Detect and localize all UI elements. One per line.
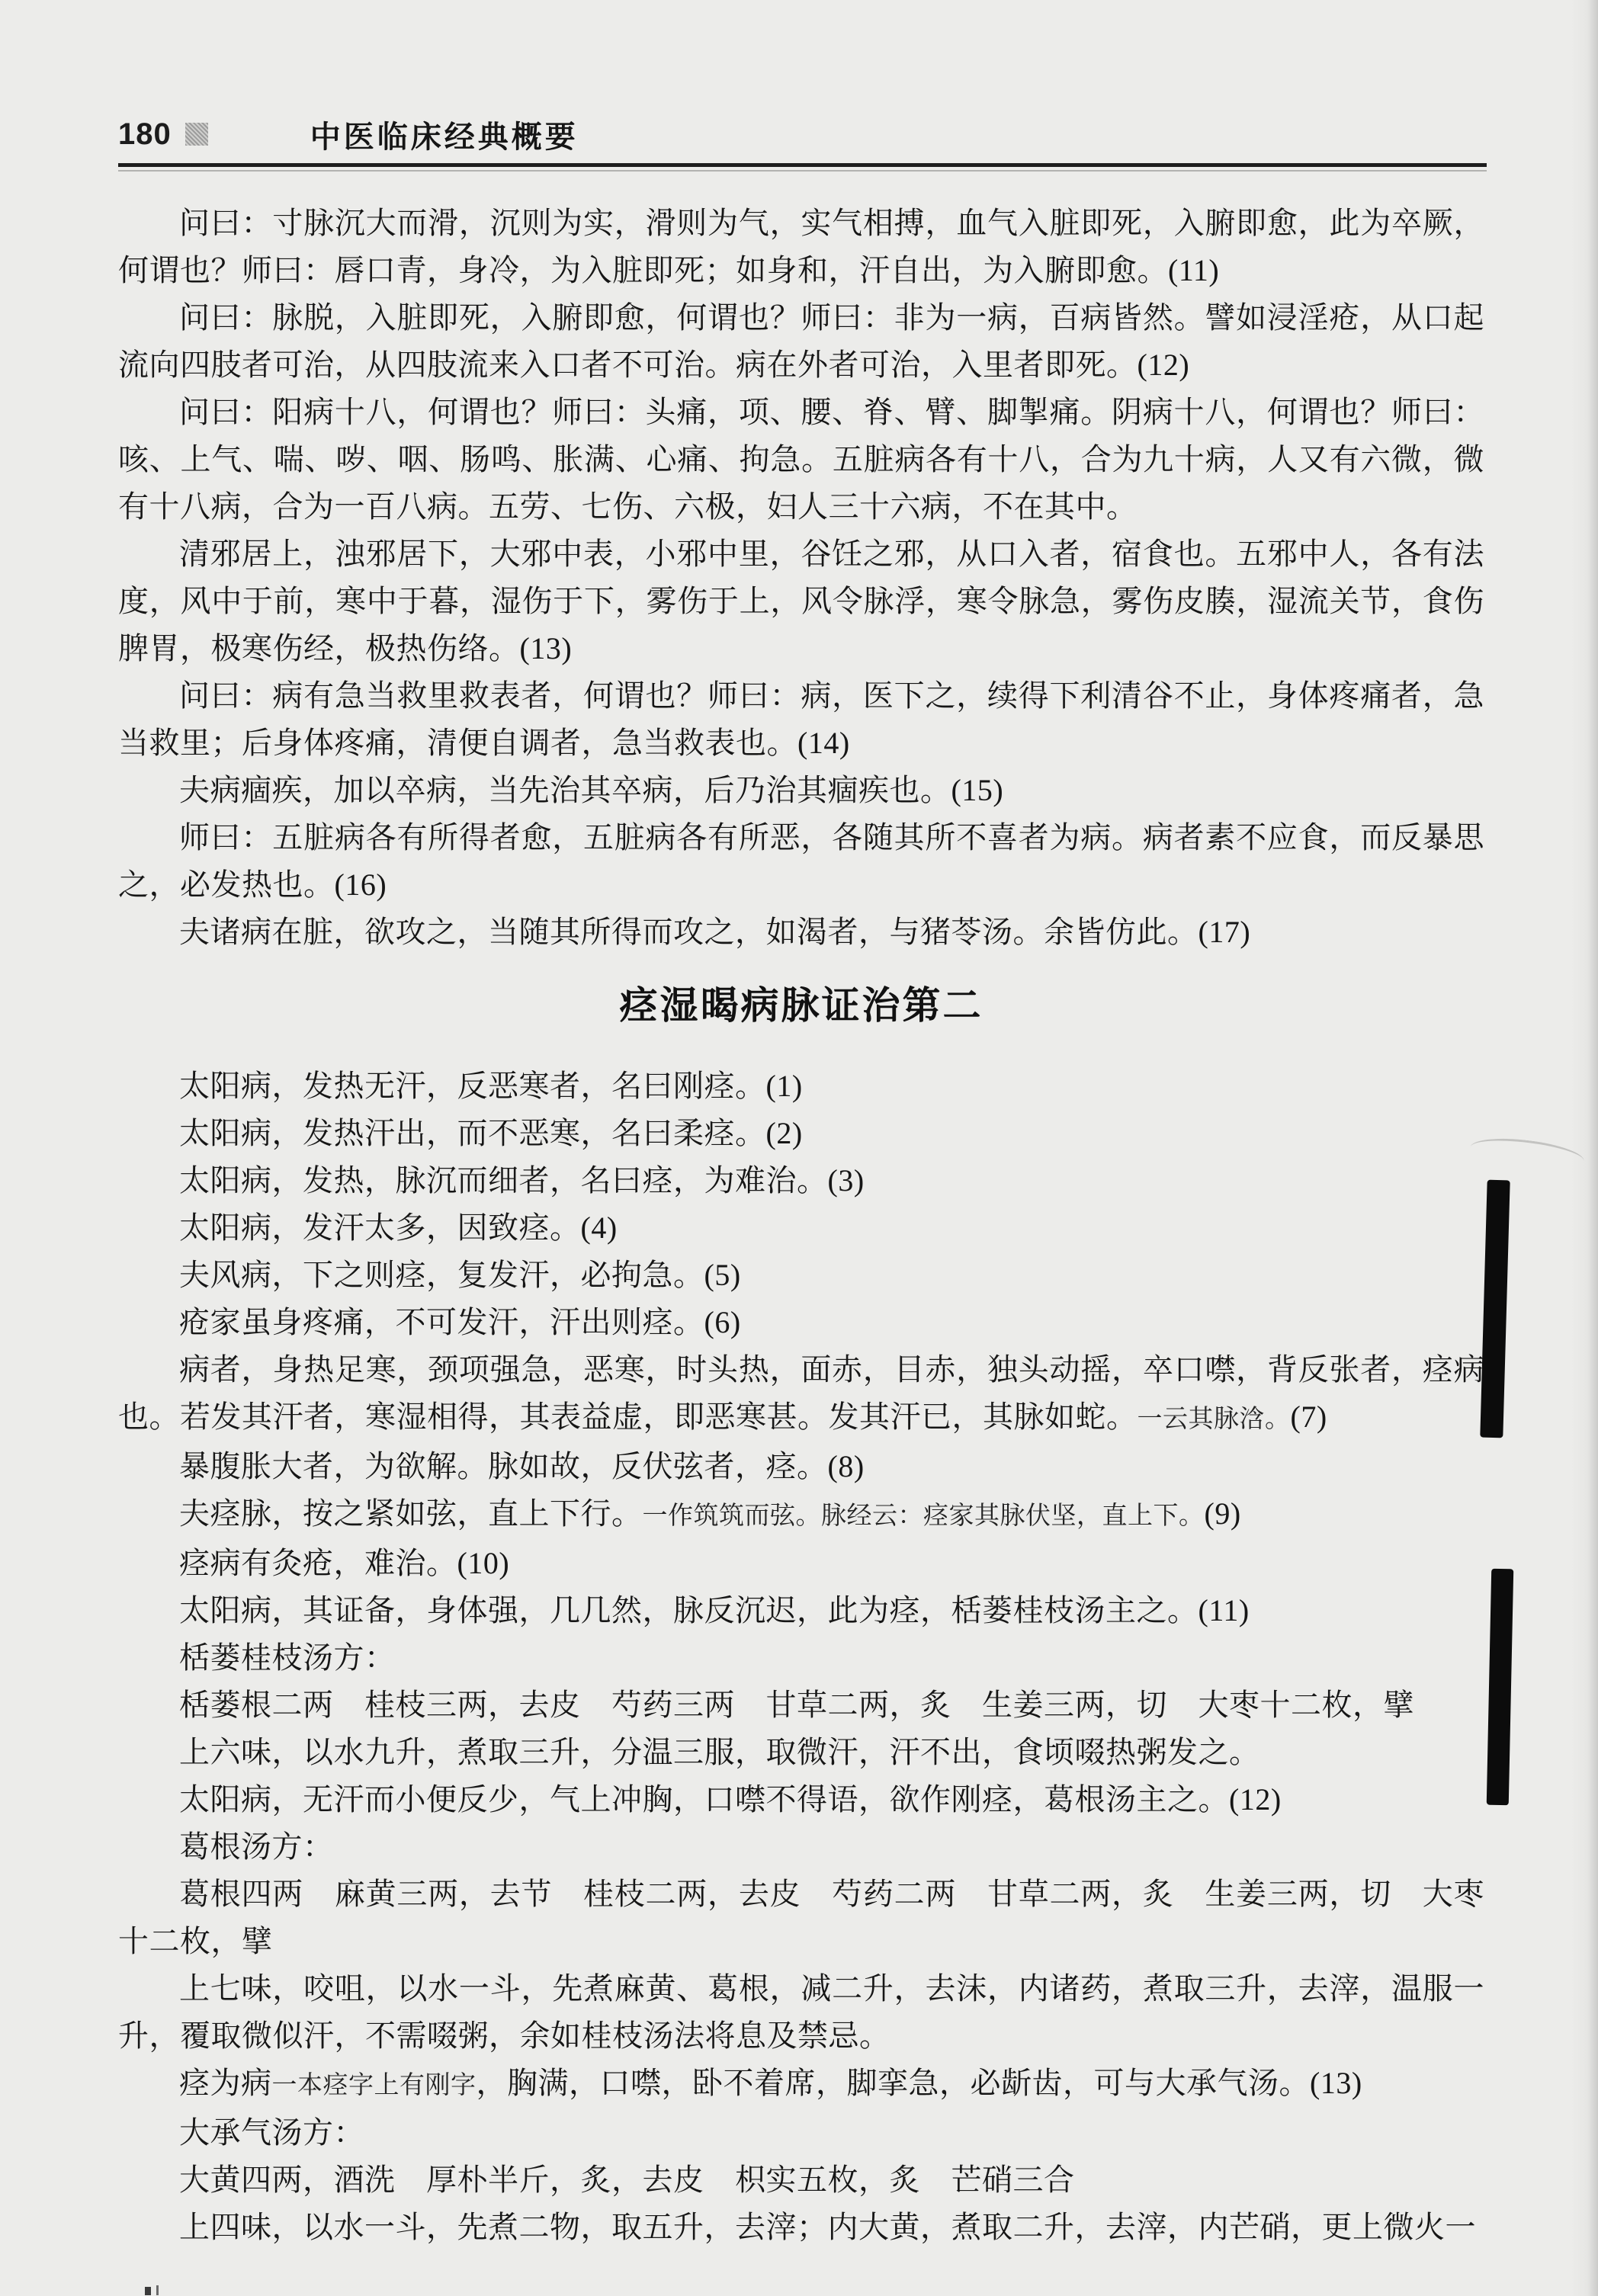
paragraph-text: 太阳病，发热汗出，而不恶寒，名曰柔痉。(2) xyxy=(179,1116,803,1150)
halftone-square-icon xyxy=(185,123,208,146)
paragraph-text: (7) xyxy=(1291,1400,1327,1434)
header-rule xyxy=(118,163,1487,167)
inline-annotation: 一作筑筑而弦。脉经云：痉家其脉伏坚，直上下。 xyxy=(643,1502,1205,1530)
paragraph-text: 太阳病，发热无汗，反恶寒者，名曰刚痉。(1) xyxy=(179,1069,803,1103)
section-chapter-two: 太阳病，发热无汗，反恶寒者，名曰刚痉。(1)太阳病，发热汗出，而不恶寒，名曰柔痉… xyxy=(118,1063,1484,2251)
paragraph: 上四味，以水一斗，先煮二物，取五升，去滓；内大黄，煮取二升，去滓，内芒硝，更上微… xyxy=(118,2204,1484,2251)
inline-annotation: 一云其脉浛。 xyxy=(1138,1406,1291,1433)
paragraph: 夫诸病在脏，欲攻之，当随其所得而攻之，如渴者，与猪苓汤。余皆仿此。(17) xyxy=(118,909,1484,956)
page-header: 180 中医临床经典概要 xyxy=(118,114,1487,172)
paragraph-text: 痉为病 xyxy=(179,2066,272,2100)
paragraph: 夫痉脉，按之紧如弦，直上下行。一作筑筑而弦。脉经云：痉家其脉伏坚，直上下。(9) xyxy=(118,1490,1484,1540)
page-edge-shadow xyxy=(1587,0,1598,2296)
scan-ink-bar-artifact xyxy=(1487,1569,1513,1806)
paragraph-text: 上六味，以水九升，煮取三升，分温三服，取微汗，汗不出，食顷啜热粥发之。 xyxy=(179,1735,1260,1769)
scan-ink-bar-artifact xyxy=(1480,1180,1510,1438)
scan-hairline-artifact xyxy=(1468,1134,1585,1175)
paragraph: 问曰：病有急当救里救表者，何谓也？师曰：病，医下之，续得下利清谷不止，身体疼痛者… xyxy=(118,672,1484,767)
paragraph-text: 上四味，以水一斗，先煮二物，取五升，去滓；内大黄，煮取二升，去滓，内芒硝，更上微… xyxy=(179,2210,1476,2244)
paragraph: 上六味，以水九升，煮取三升，分温三服，取微汗，汗不出，食顷啜热粥发之。 xyxy=(118,1729,1484,1776)
paragraph: 大承气汤方： xyxy=(118,2109,1484,2157)
paragraph: 痉为病一本痉字上有刚字，胸满，口噤，卧不着席，脚挛急，必龂齿，可与大承气汤。(1… xyxy=(118,2060,1484,2109)
paragraph-text: 痉病有灸疮，难治。(10) xyxy=(179,1546,509,1580)
paragraph-text: 问曰：脉脱，入脏即死，入腑即愈，何谓也？师曰：非为一病，百病皆然。譬如浸淫疮，从… xyxy=(118,300,1484,382)
paragraph-text: 上七味，咬咀，以水一斗，先煮麻黄、葛根，减二升，去沫，内诸药，煮取三升，去滓，温… xyxy=(118,1971,1484,2053)
paragraph: 太阳病，其证备，身体强，几几然，脉反沉迟，此为痉，栝蒌桂枝汤主之。(11) xyxy=(118,1587,1484,1634)
paragraph: 问曰：脉脱，入脏即死，入腑即愈，何谓也？师曰：非为一病，百病皆然。譬如浸淫疮，从… xyxy=(118,294,1484,389)
paragraph-text: 太阳病，发汗太多，因致痉。(4) xyxy=(179,1211,618,1245)
paragraph-text: 葛根四两 麻黄三两，去节 桂枝二两，去皮 芍药二两 甘草二两，炙 生姜三两，切 … xyxy=(118,1877,1484,1958)
paragraph: 葛根四两 麻黄三两，去节 桂枝二两，去皮 芍药二两 甘草二两，炙 生姜三两，切 … xyxy=(118,1871,1484,1965)
paragraph-text: 问曰：阳病十八，何谓也？师曰：头痛，项、腰、脊、臂、脚掣痛。阴病十八，何谓也？师… xyxy=(118,395,1484,524)
paragraph-text: 夫诸病在脏，欲攻之，当随其所得而攻之，如渴者，与猪苓汤。余皆仿此。(17) xyxy=(179,915,1250,949)
paragraph: 暴腹胀大者，为欲解。脉如故，反伏弦者，痉。(8) xyxy=(118,1443,1484,1490)
paragraph: 疮家虽身疼痛，不可发汗，汗出则痉。(6) xyxy=(118,1299,1484,1346)
paragraph-text: 太阳病，发热，脉沉而细者，名曰痉，为难治。(3) xyxy=(179,1163,865,1198)
paragraph-text: 夫风病，下之则痉，复发汗，必拘急。(5) xyxy=(179,1258,741,1292)
book-title: 中医临床经典概要 xyxy=(310,113,579,156)
paragraph: 问曰：寸脉沉大而滑，沉则为实，滑则为气，实气相搏，血气入脏即死，入腑即愈，此为卒… xyxy=(118,200,1484,294)
paragraph-text: 夫痉脉，按之紧如弦，直上下行。 xyxy=(179,1496,643,1531)
page-content: 问曰：寸脉沉大而滑，沉则为实，滑则为气，实气相搏，血气入脏即死，入腑即愈，此为卒… xyxy=(118,200,1484,2251)
inline-annotation: 一本痉字上有刚字 xyxy=(272,2072,477,2099)
paragraph-text: 疮家虽身疼痛，不可发汗，汗出则痉。(6) xyxy=(179,1305,741,1339)
page-number: 180 xyxy=(118,117,172,152)
paragraph-text: 师曰：五脏病各有所得者愈，五脏病各有所恶，各随其所不喜者为病。病者素不应食，而反… xyxy=(118,820,1484,902)
paragraph: 痉病有灸疮，难治。(10) xyxy=(118,1540,1484,1587)
paragraph: 上七味，咬咀，以水一斗，先煮麻黄、葛根，减二升，去沫，内诸药，煮取三升，去滓，温… xyxy=(118,1965,1484,2060)
paragraph: 问曰：阳病十八，何谓也？师曰：头痛，项、腰、脊、臂、脚掣痛。阴病十八，何谓也？师… xyxy=(118,389,1484,531)
paragraph: 太阳病，发热汗出，而不恶寒，名曰柔痉。(2) xyxy=(118,1110,1484,1157)
book-page: 180 中医临床经典概要 问曰：寸脉沉大而滑，沉则为实，滑则为气，实气相搏，血气… xyxy=(0,0,1598,2296)
paragraph: 夫病痼疾，加以卒病，当先治其卒病，后乃治其痼疾也。(15) xyxy=(118,767,1484,814)
paragraph: 太阳病，发热无汗，反恶寒者，名曰刚痉。(1) xyxy=(118,1063,1484,1110)
paragraph-text: 问曰：寸脉沉大而滑，沉则为实，滑则为气，实气相搏，血气入脏即死，入腑即愈，此为卒… xyxy=(118,206,1484,287)
chapter-heading: 痉湿暍病脉证治第二 xyxy=(118,982,1484,1029)
paragraph-text: 问曰：病有急当救里救表者，何谓也？师曰：病，医下之，续得下利清谷不止，身体疼痛者… xyxy=(118,678,1484,760)
paragraph-text: 栝蒌桂枝汤方： xyxy=(179,1640,396,1675)
paragraph: 葛根汤方： xyxy=(118,1823,1484,1871)
paragraph-text: 大黄四两，酒洗 厚朴半斤，炙，去皮 枳实五枚，炙 芒硝三合 xyxy=(179,2163,1075,2197)
paragraph: 病者，身热足寒，颈项强急，恶寒，时头热，面赤，目赤，独头动摇，卒口噤，背反张者，… xyxy=(118,1346,1484,1443)
header-rule-shadow xyxy=(118,170,1487,172)
paragraph: 太阳病，发汗太多，因致痉。(4) xyxy=(118,1204,1484,1252)
paragraph-text: 清邪居上，浊邪居下，大邪中表，小邪中里，谷饪之邪，从口入者，宿食也。五邪中人，各… xyxy=(118,537,1484,665)
paragraph-text: 大承气汤方： xyxy=(179,2115,364,2150)
paragraph: 栝蒌桂枝汤方： xyxy=(118,1634,1484,1682)
scan-speck-artifact xyxy=(156,2285,159,2295)
section-chapter-one-end: 问曰：寸脉沉大而滑，沉则为实，滑则为气，实气相搏，血气入脏即死，入腑即愈，此为卒… xyxy=(118,200,1484,956)
paragraph-text: 太阳病，其证备，身体强，几几然，脉反沉迟，此为痉，栝蒌桂枝汤主之。(11) xyxy=(179,1593,1250,1627)
paragraph: 栝蒌根二两 桂枝三两，去皮 芍药三两 甘草二两，炙 生姜三两，切 大枣十二枚，擘 xyxy=(118,1682,1484,1729)
paragraph-text: 暴腹胀大者，为欲解。脉如故，反伏弦者，痉。(8) xyxy=(179,1449,865,1483)
paragraph-text: 栝蒌根二两 桂枝三两，去皮 芍药三两 甘草二两，炙 生姜三两，切 大枣十二枚，擘 xyxy=(179,1688,1414,1722)
paragraph: 太阳病，无汗而小便反少，气上冲胸，口噤不得语，欲作刚痉，葛根汤主之。(12) xyxy=(118,1776,1484,1823)
scan-speck-artifact xyxy=(145,2287,151,2295)
paragraph-text: 太阳病，无汗而小便反少，气上冲胸，口噤不得语，欲作刚痉，葛根汤主之。(12) xyxy=(179,1782,1282,1817)
paragraph: 清邪居上，浊邪居下，大邪中表，小邪中里，谷饪之邪，从口入者，宿食也。五邪中人，各… xyxy=(118,531,1484,672)
paragraph: 师曰：五脏病各有所得者愈，五脏病各有所恶，各随其所不喜者为病。病者素不应食，而反… xyxy=(118,814,1484,909)
paragraph-text: 葛根汤方： xyxy=(179,1829,334,1864)
paragraph: 夫风病，下之则痉，复发汗，必拘急。(5) xyxy=(118,1252,1484,1299)
paragraph: 太阳病，发热，脉沉而细者，名曰痉，为难治。(3) xyxy=(118,1157,1484,1204)
paragraph-text: (9) xyxy=(1205,1496,1241,1531)
paragraph: 大黄四两，酒洗 厚朴半斤，炙，去皮 枳实五枚，炙 芒硝三合 xyxy=(118,2157,1484,2204)
paragraph-text: ，胸满，口噤，卧不着席，脚挛急，必龂齿，可与大承气汤。(13) xyxy=(477,2066,1362,2100)
paragraph-text: 夫病痼疾，加以卒病，当先治其卒病，后乃治其痼疾也。(15) xyxy=(179,773,1003,807)
